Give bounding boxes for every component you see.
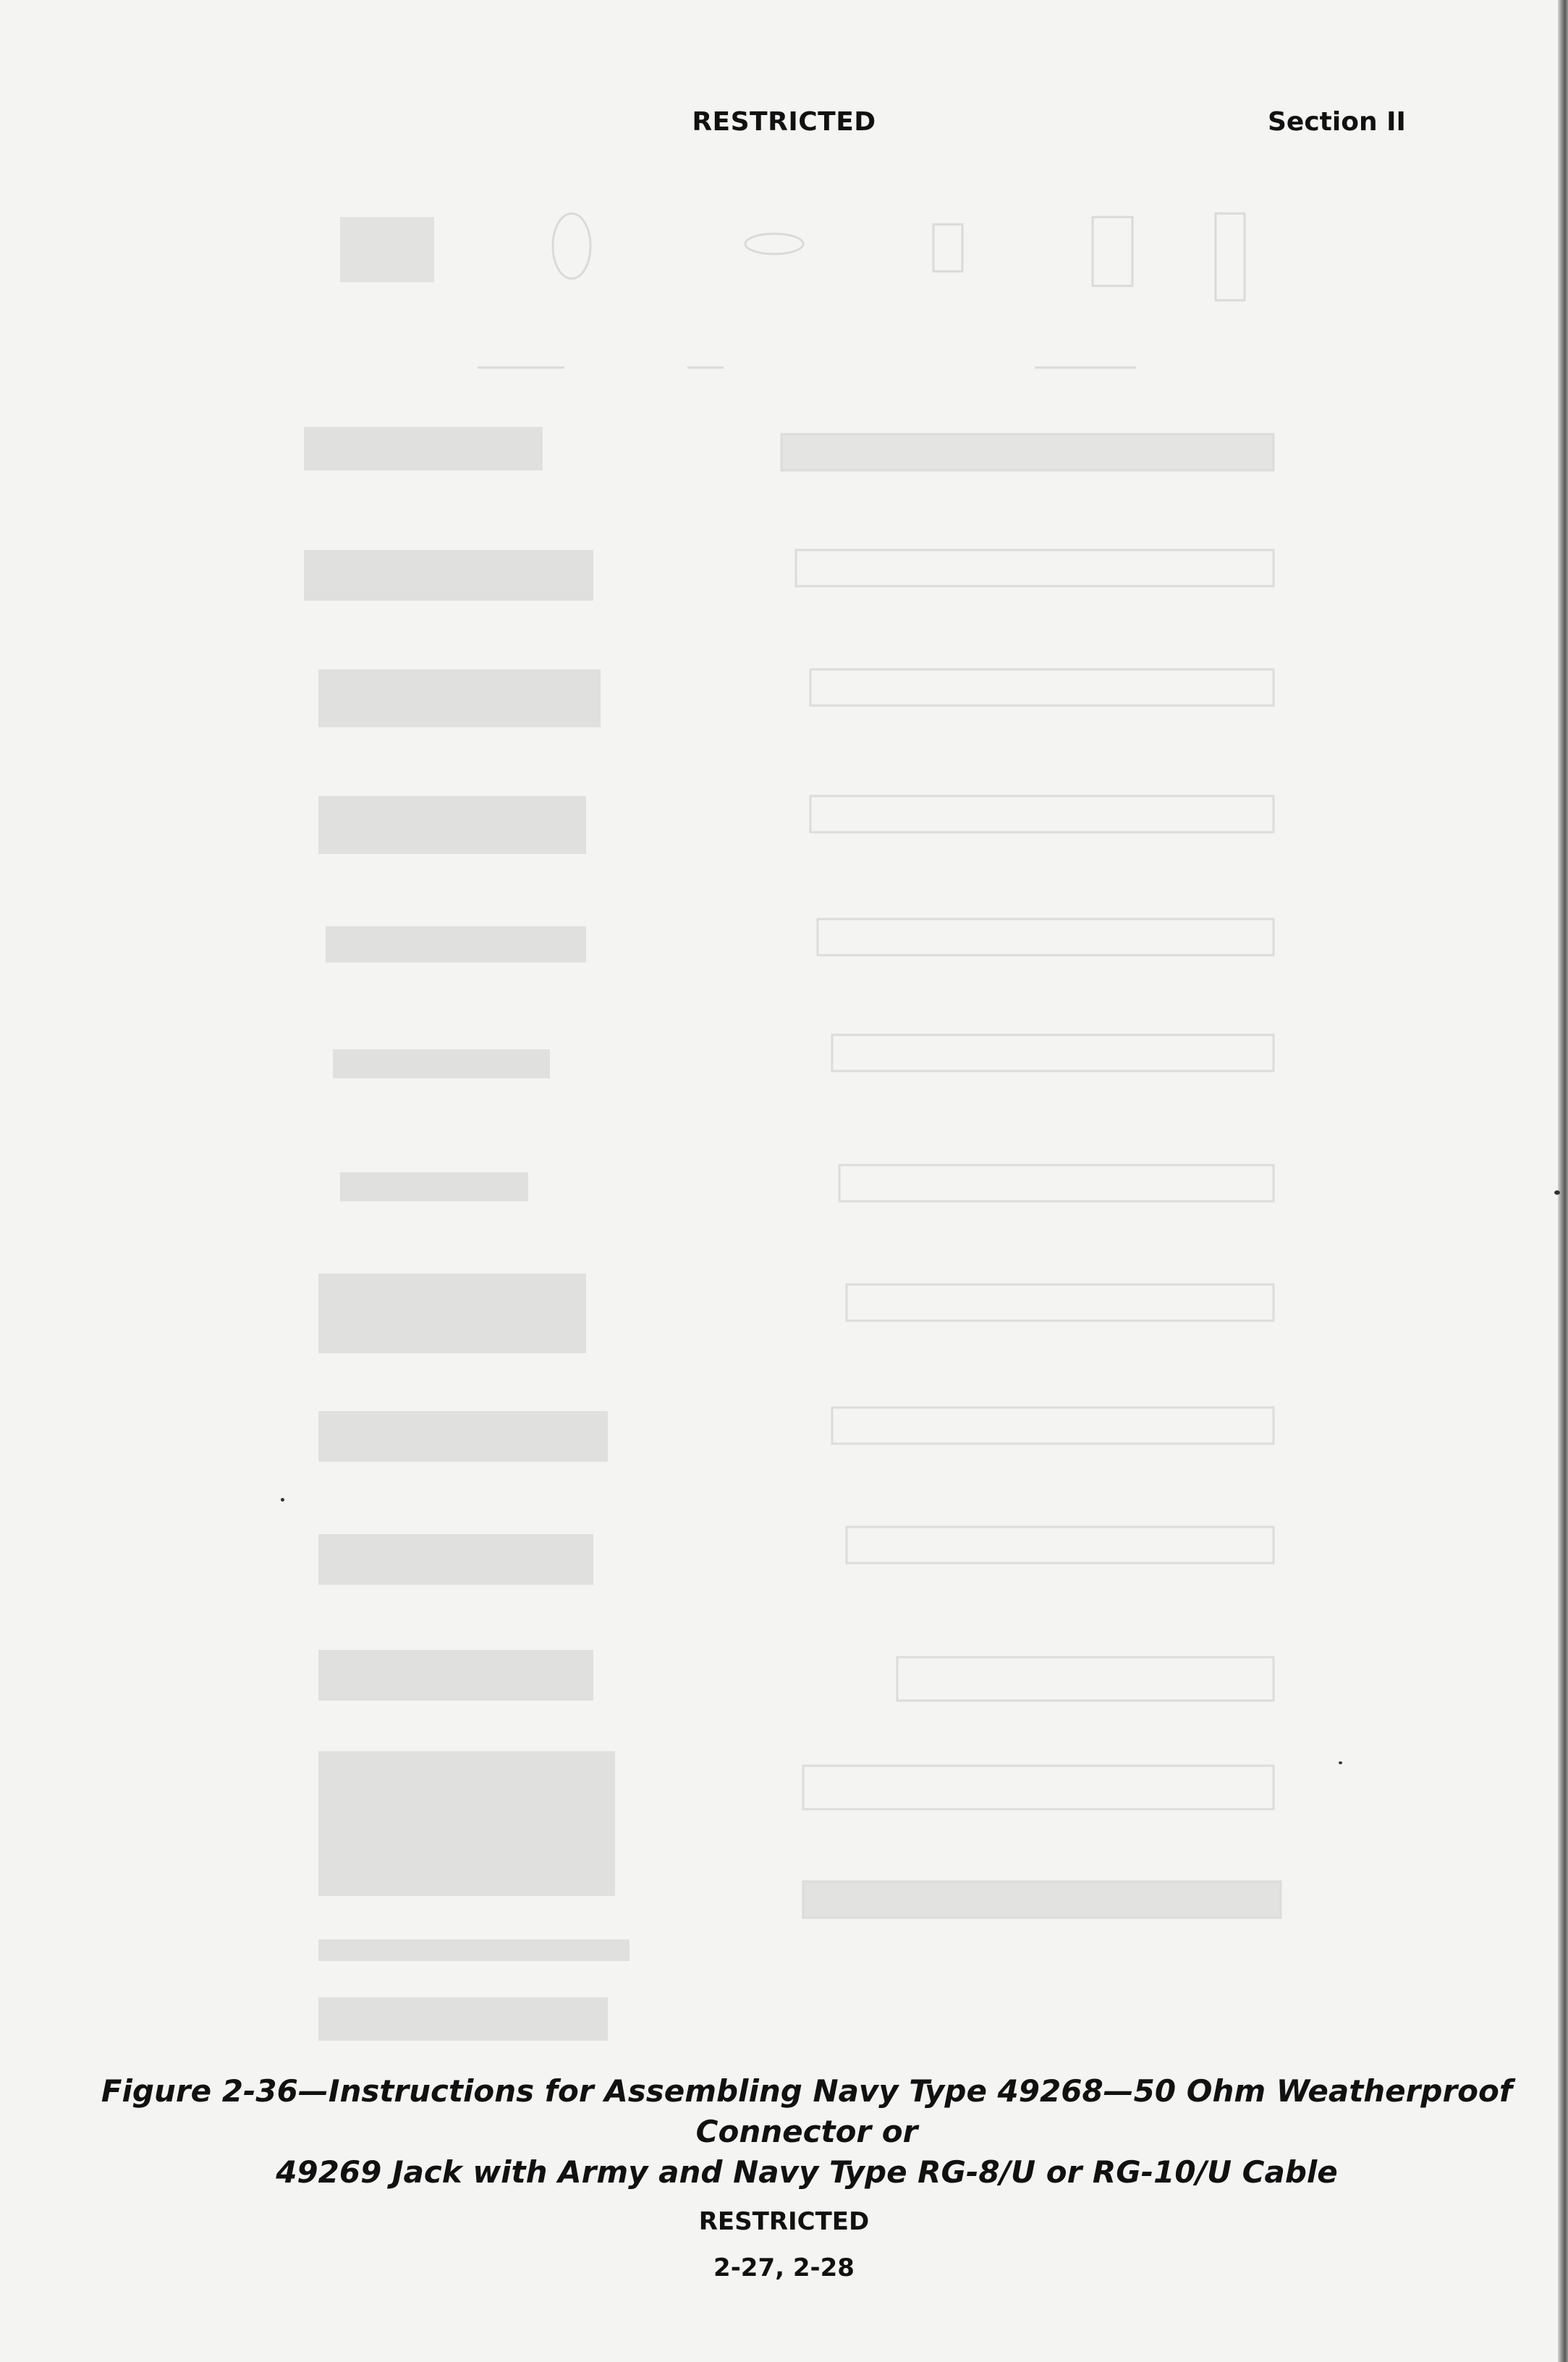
figure-caption-line-1: Figure 2-36—Instructions for Assembling … [80, 2071, 1534, 2152]
scan-speck [1554, 1190, 1560, 1195]
scan-speck [281, 1498, 284, 1502]
figure-caption-line-2: 49269 Jack with Army and Navy Type RG-8/… [80, 2152, 1534, 2193]
footer-classification: RESTRICTED [0, 2207, 1568, 2236]
page-binding-edge [1558, 0, 1568, 2362]
scan-speck [1339, 1761, 1342, 1764]
bleed-through-diagram [0, 0, 1568, 2362]
figure-caption: Figure 2-36—Instructions for Assembling … [80, 2071, 1534, 2193]
section-label: Section II [1268, 107, 1406, 137]
page-numbers: 2-27, 2-28 [0, 2253, 1568, 2282]
